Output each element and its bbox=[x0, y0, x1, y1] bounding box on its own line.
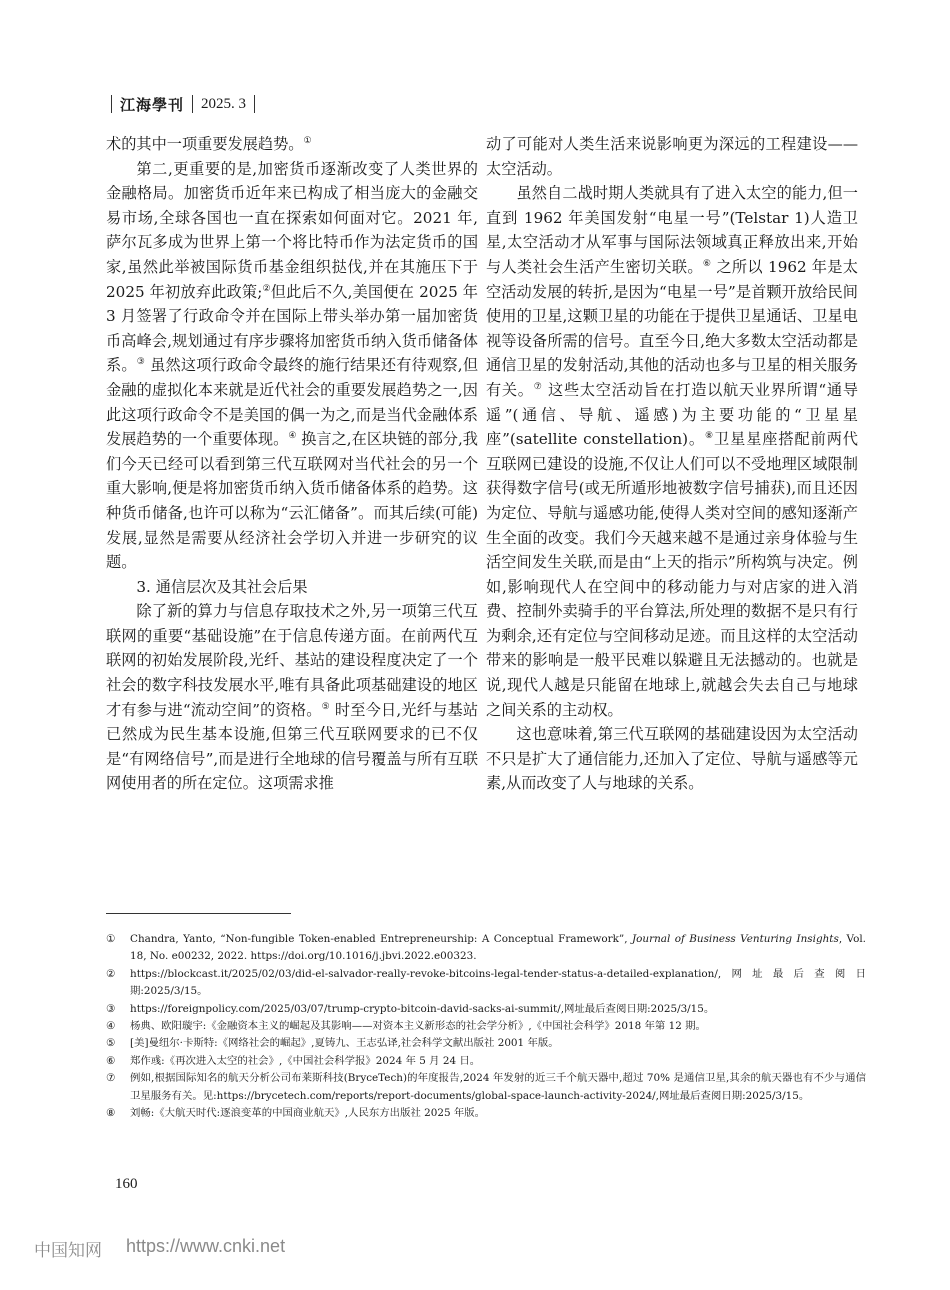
footnote-number: ② bbox=[106, 966, 130, 1001]
paragraph-text: 卫星星座搭配前两代互联网已建设的设施,不仅让人们可以不受地理区域限制获得数字信号… bbox=[486, 430, 858, 719]
footnote: ⑦例如,根据国际知名的航天分析公司布莱斯科技(BryceTech)的年度报告,2… bbox=[106, 1070, 866, 1105]
footnote-number: ⑧ bbox=[106, 1105, 130, 1122]
paragraph: 术的其中一项重要发展趋势。① bbox=[106, 132, 478, 157]
footnote-text[interactable]: 例如,根据国际知名的航天分析公司布莱斯科技(BryceTech)的年度报告,20… bbox=[130, 1070, 866, 1105]
footnote-number: ③ bbox=[106, 1001, 130, 1018]
footnote-ref[interactable]: ⑦ bbox=[534, 382, 543, 392]
footnote-divider bbox=[106, 913, 291, 914]
paragraph-text: 第二,更重要的是,加密货币逐渐改变了人类世界的金融格局。加密货币近年来已构成了相… bbox=[106, 160, 478, 301]
paragraph-text: 换言之,在区块链的部分,我们今天已经可以看到第三代互联网对当代社会的另一个重大影… bbox=[106, 430, 478, 571]
issue-number: 2025. 3 bbox=[201, 96, 246, 113]
header-divider bbox=[192, 95, 193, 113]
footnote: ③https://foreignpolicy.com/2025/03/07/tr… bbox=[106, 1001, 866, 1018]
footnote-number: ⑦ bbox=[106, 1070, 130, 1105]
running-header: 江海學刊 2025. 3 bbox=[103, 92, 263, 116]
section-heading: 3. 通信层次及其社会后果 bbox=[106, 575, 478, 600]
paragraph-text: 术的其中一项重要发展趋势。 bbox=[106, 135, 303, 153]
left-column: 术的其中一项重要发展趋势。① 第二,更重要的是,加密货币逐渐改变了人类世界的金融… bbox=[106, 132, 478, 796]
footnote-text: Chandra, Yanto, “Non-fungible Token-enab… bbox=[130, 931, 866, 966]
header-divider bbox=[111, 95, 112, 113]
footnote: ⑧刘畅:《大航天时代:逐浪变革的中国商业航天》,人民东方出版社 2025 年版。 bbox=[106, 1105, 866, 1122]
journal-name: 江海學刊 bbox=[120, 94, 184, 115]
footnote: ①Chandra, Yanto, “Non-fungible Token-ena… bbox=[106, 931, 866, 966]
paragraph: 第二,更重要的是,加密货币逐渐改变了人类世界的金融格局。加密货币近年来已构成了相… bbox=[106, 157, 478, 575]
footnote-ref[interactable]: ① bbox=[303, 136, 311, 146]
paragraph: 这也意味着,第三代互联网的基础建设因为太空活动不只是扩大了通信能力,还加入了定位… bbox=[486, 722, 858, 796]
paragraph: 除了新的算力与信息存取技术之外,另一项第三代互联网的重要“基础设施”在于信息传递… bbox=[106, 599, 478, 796]
footnote-text: 杨典、欧阳璇宇:《金融资本主义的崛起及其影响——对资本主义新形态的社会学分析》,… bbox=[130, 1018, 866, 1035]
footnote-text: [美]曼纽尔·卡斯特:《网络社会的崛起》,夏铸九、王志弘译,社会科学文献出版社 … bbox=[130, 1035, 866, 1052]
watermark: 中国知网 https://www.cnki.net bbox=[34, 1236, 285, 1261]
right-column: 动了可能对人类生活来说影响更为深远的工程建设——太空活动。 虽然自二战时期人类就… bbox=[486, 132, 858, 796]
footnote: ⑥郑作彧:《再次进入太空的社会》,《中国社会科学报》2024 年 5 月 24 … bbox=[106, 1053, 866, 1070]
footnote-text: 郑作彧:《再次进入太空的社会》,《中国社会科学报》2024 年 5 月 24 日… bbox=[130, 1053, 866, 1070]
header-divider bbox=[254, 95, 255, 113]
paragraph-text: 之所以 1962 年是太空活动发展的转折,是因为“电星一号”是首颗开放给民间使用… bbox=[486, 258, 858, 399]
footnotes: ①Chandra, Yanto, “Non-fungible Token-ena… bbox=[106, 931, 866, 1122]
footnote-ref[interactable]: ③ bbox=[137, 357, 145, 367]
footnote: ④杨典、欧阳璇宇:《金融资本主义的崛起及其影响——对资本主义新形态的社会学分析》… bbox=[106, 1018, 866, 1035]
footnote-ref[interactable]: ⑤ bbox=[322, 702, 330, 712]
footnote-text-part: Chandra, Yanto, “Non-fungible Token-enab… bbox=[130, 933, 632, 945]
watermark-url[interactable]: https://www.cnki.net bbox=[126, 1236, 285, 1261]
footnote-number: ① bbox=[106, 931, 130, 966]
watermark-brand: 中国知网 bbox=[34, 1236, 102, 1261]
paragraph: 动了可能对人类生活来说影响更为深远的工程建设——太空活动。 bbox=[486, 132, 858, 181]
footnote-text[interactable]: https://blockcast.it/2025/02/03/did-el-s… bbox=[130, 966, 866, 1001]
paragraph: 虽然自二战时期人类就具有了进入太空的能力,但一直到 1962 年美国发射“电星一… bbox=[486, 181, 858, 722]
footnote-ref[interactable]: ⑧ bbox=[705, 431, 714, 441]
footnote-text: 刘畅:《大航天时代:逐浪变革的中国商业航天》,人民东方出版社 2025 年版。 bbox=[130, 1105, 866, 1122]
page-number: 160 bbox=[115, 1176, 138, 1193]
journal-title: Journal of Business Venturing Insights bbox=[632, 933, 839, 945]
footnote-ref[interactable]: ② bbox=[262, 284, 270, 294]
footnote: ⑤[美]曼纽尔·卡斯特:《网络社会的崛起》,夏铸九、王志弘译,社会科学文献出版社… bbox=[106, 1035, 866, 1052]
footnote: ②https://blockcast.it/2025/02/03/did-el-… bbox=[106, 966, 866, 1001]
footnote-number: ④ bbox=[106, 1018, 130, 1035]
footnote-text[interactable]: https://foreignpolicy.com/2025/03/07/tru… bbox=[130, 1001, 866, 1018]
footnote-number: ⑥ bbox=[106, 1053, 130, 1070]
footnote-number: ⑤ bbox=[106, 1035, 130, 1052]
